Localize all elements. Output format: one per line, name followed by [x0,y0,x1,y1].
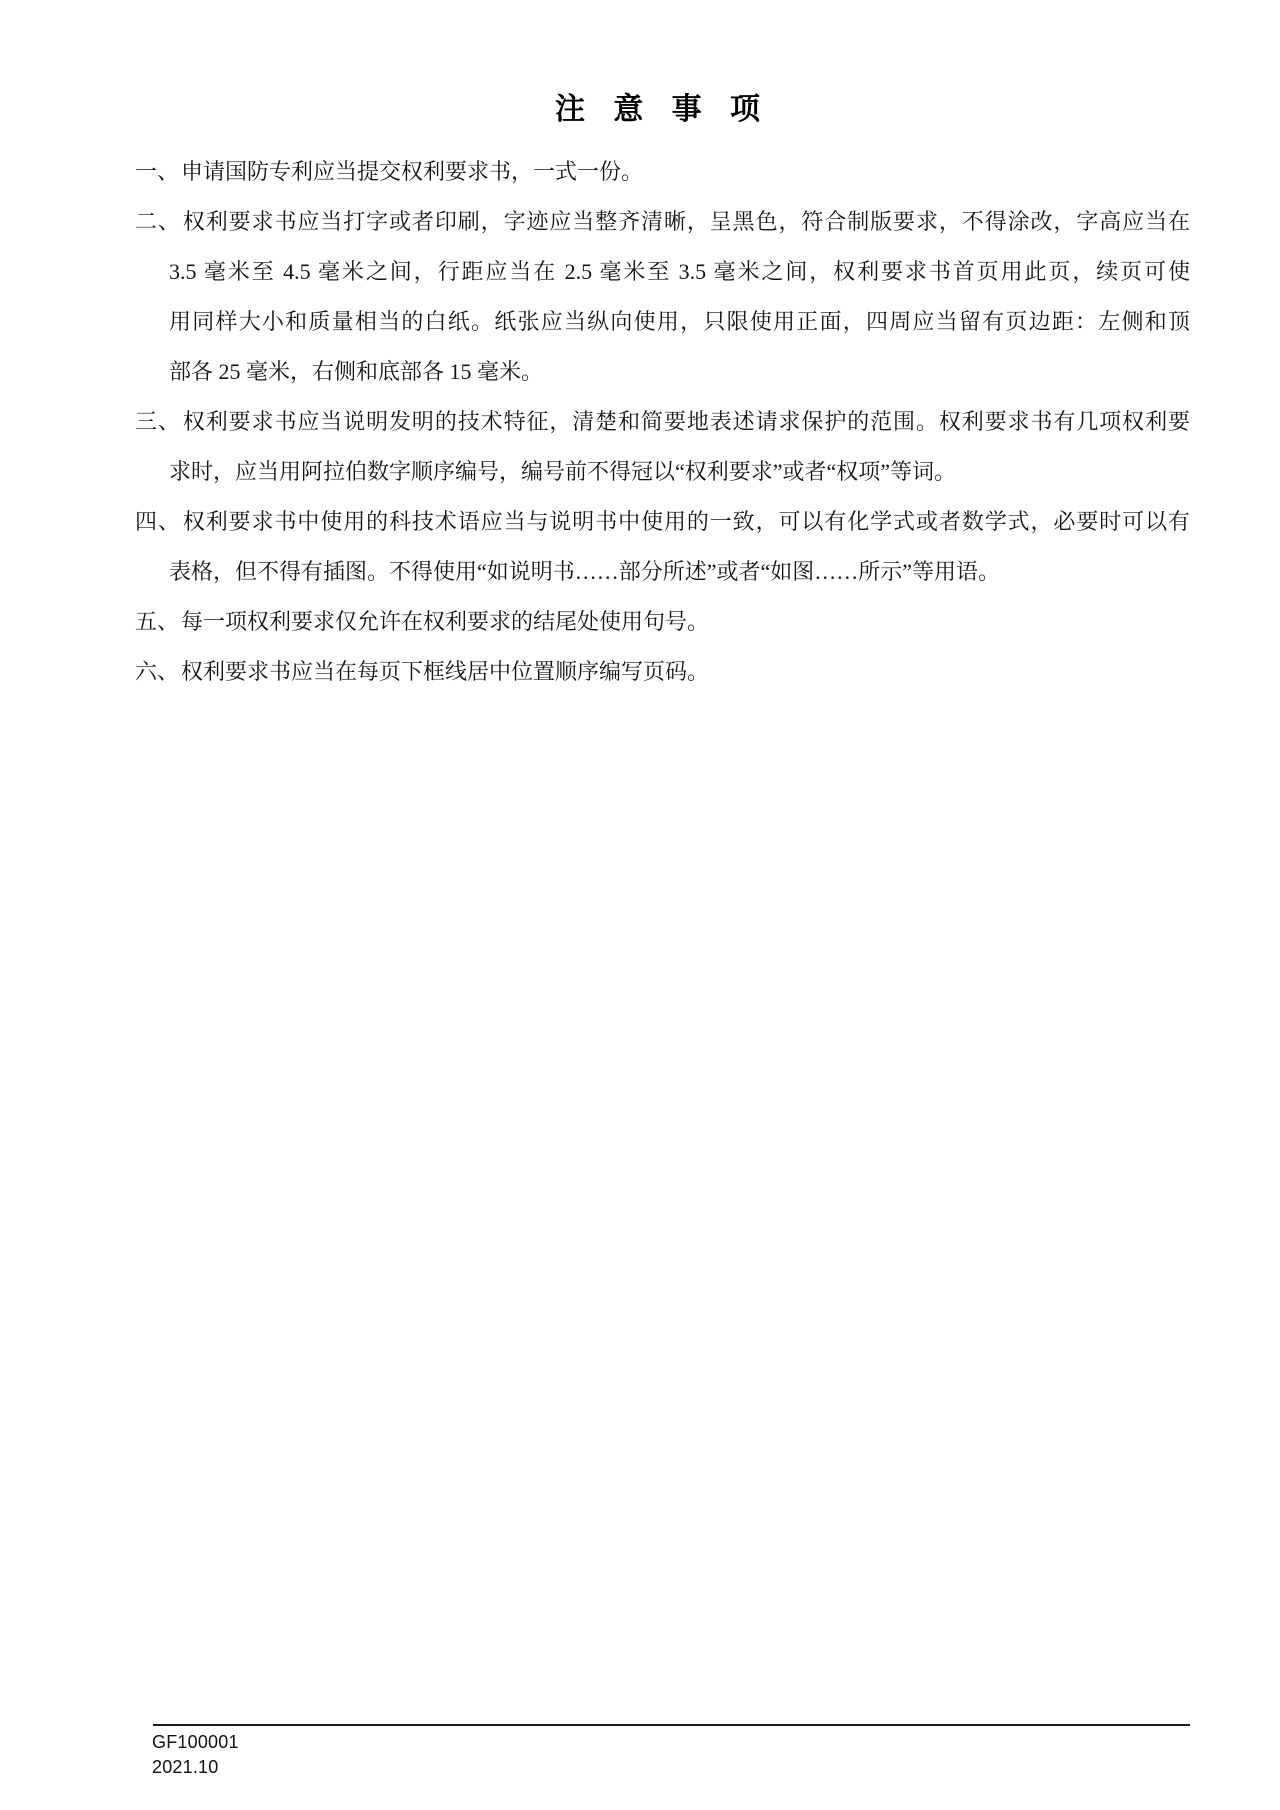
notice-item: 六、权利要求书应当在每页下框线居中位置顺序编写页码。 [135,647,1190,697]
item-line: 表格，但不得有插图。不得使用“如说明书……部分所述”或者“如图……所示”等用语。 [169,547,1190,597]
notice-page: 注 意 事 项 一、申请国防专利应当提交权利要求书，一式一份。二、权利要求书应当… [0,0,1280,1810]
item-line: 三、权利要求书应当说明发明的技术特征，清楚和简要地表述请求保护的范围。权利要求书… [135,397,1190,447]
item-line: 六、权利要求书应当在每页下框线居中位置顺序编写页码。 [135,647,1190,697]
page-title: 注 意 事 项 [135,84,1190,128]
form-version-date: 2021.10 [152,1755,239,1780]
item-number: 六、 [135,659,179,684]
item-line: 四、权利要求书中使用的科技术语应当与说明书中使用的一致，可以有化学式或者数学式，… [135,497,1190,547]
item-text: 权利要求书应当打字或者印刷，字迹应当整齐清晰，呈黑色，符合制版要求，不得涂改，字… [183,209,1190,234]
form-code: GF100001 [152,1730,239,1755]
item-number: 四、 [135,509,181,534]
item-text: 权利要求书应当说明发明的技术特征，清楚和简要地表述请求保护的范围。权利要求书有几… [183,409,1190,434]
item-text: 申请国防专利应当提交权利要求书，一式一份。 [181,159,643,184]
footer-divider [153,1724,1190,1726]
item-line: 一、申请国防专利应当提交权利要求书，一式一份。 [135,147,1190,197]
notice-item: 四、权利要求书中使用的科技术语应当与说明书中使用的一致，可以有化学式或者数学式，… [135,497,1190,597]
item-line: 求时，应当用阿拉伯数字顺序编号，编号前不得冠以“权利要求”或者“权项”等词。 [169,447,1190,497]
item-number: 二、 [135,209,181,234]
item-line: 五、每一项权利要求仅允许在权利要求的结尾处使用句号。 [135,597,1190,647]
page-footer: GF100001 2021.10 [152,1730,239,1780]
notice-item: 一、申请国防专利应当提交权利要求书，一式一份。 [135,147,1190,197]
item-text: 权利要求书应当在每页下框线居中位置顺序编写页码。 [181,659,709,684]
item-line: 3.5 毫米至 4.5 毫米之间，行距应当在 2.5 毫米至 3.5 毫米之间，… [169,247,1190,297]
item-number: 三、 [135,409,181,434]
notice-item: 五、每一项权利要求仅允许在权利要求的结尾处使用句号。 [135,597,1190,647]
notice-item: 三、权利要求书应当说明发明的技术特征，清楚和简要地表述请求保护的范围。权利要求书… [135,397,1190,497]
item-text: 每一项权利要求仅允许在权利要求的结尾处使用句号。 [181,609,709,634]
notice-item: 二、权利要求书应当打字或者印刷，字迹应当整齐清晰，呈黑色，符合制版要求，不得涂改… [135,197,1190,397]
item-text: 权利要求书中使用的科技术语应当与说明书中使用的一致，可以有化学式或者数学式，必要… [183,509,1190,534]
item-number: 五、 [135,609,179,634]
item-number: 一、 [135,159,179,184]
notice-list: 一、申请国防专利应当提交权利要求书，一式一份。二、权利要求书应当打字或者印刷，字… [135,147,1190,697]
item-line: 二、权利要求书应当打字或者印刷，字迹应当整齐清晰，呈黑色，符合制版要求，不得涂改… [135,197,1190,247]
item-line: 用同样大小和质量相当的白纸。纸张应当纵向使用，只限使用正面，四周应当留有页边距：… [169,297,1190,347]
item-line: 部各 25 毫米，右侧和底部各 15 毫米。 [169,347,1190,397]
